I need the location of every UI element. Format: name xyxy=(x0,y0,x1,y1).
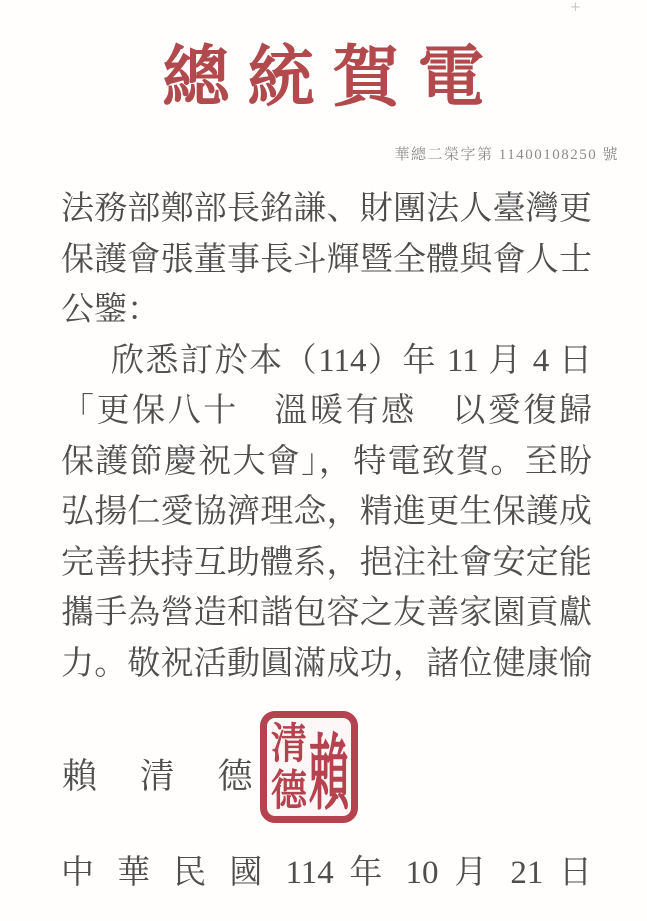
body-line: 法務部鄭部長銘謙、財團法人臺灣更生 xyxy=(61,184,592,235)
page-title: 總統賀電 xyxy=(0,24,647,120)
presidential-seal: 賴 清 德 xyxy=(260,711,358,823)
body-line: 公鑒： xyxy=(61,285,592,336)
body-line: 弘揚仁愛協濟理念，精進更生保護成效， xyxy=(61,487,592,538)
body-line: 欣悉訂於本（114）年 11 月 4 日舉辦 xyxy=(61,336,592,387)
body-line: 力。敬祝活動圓滿成功，諸位健康愉快。 xyxy=(61,639,592,690)
date-line: 中 華 民 國 114 年 10 月 21 日 xyxy=(61,851,592,896)
seal-char: 德 xyxy=(271,769,307,811)
seal-left-column: 清 德 xyxy=(269,720,309,814)
seal-char: 賴 xyxy=(309,709,349,826)
telegram-document: + 總統賀電 華總二榮字第 11400108250 號 法務部鄭部長銘謙、財團法… xyxy=(0,0,647,921)
body-line: 保護節慶祝大會」，特電致賀。至盼賡續 xyxy=(61,437,592,488)
body-line: 「更保八十 溫暖有感 以愛復歸 更生 xyxy=(61,386,592,437)
body-line: 攜手為營造和諧包容之友善家園貢獻心 xyxy=(61,588,592,639)
registration-mark-icon: + xyxy=(570,0,581,15)
reference-number: 華總二榮字第 11400108250 號 xyxy=(395,143,619,164)
seal-right-column: 賴 xyxy=(309,720,349,814)
body-line: 完善扶持互助體系，挹注社會安定能量， xyxy=(61,538,592,589)
signature-name: 賴 清 德 xyxy=(62,749,270,799)
body-line: 保護會張董事長斗輝暨全體與會人士 xyxy=(61,235,592,286)
telegram-body: 法務部鄭部長銘謙、財團法人臺灣更生 保護會張董事長斗輝暨全體與會人士 公鑒： 欣… xyxy=(61,184,592,689)
seal-char: 清 xyxy=(271,722,307,764)
